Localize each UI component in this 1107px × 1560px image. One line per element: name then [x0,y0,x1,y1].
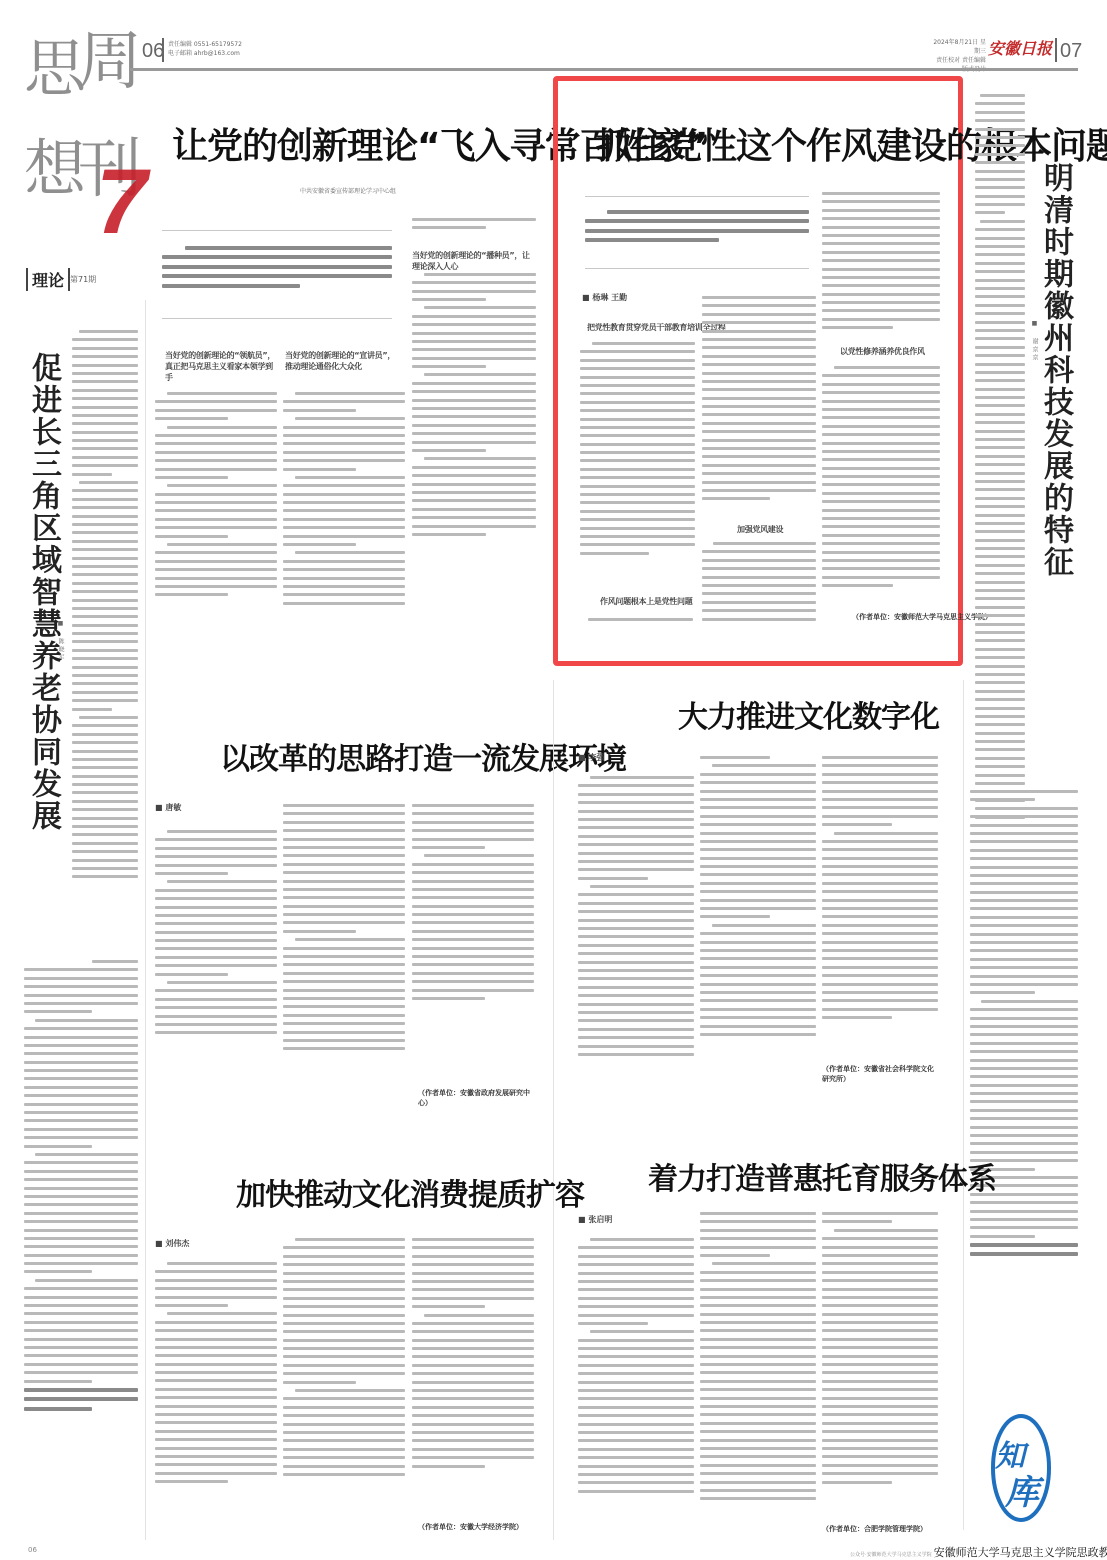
divider [1055,38,1057,62]
byline: ■ 张启明 [578,1214,612,1225]
body-column [72,330,138,884]
author-credit: （作者单位：合肥学院管理学院） [822,1524,942,1534]
author-credit: （作者单位：安徽省社会科学院文化研究所） [822,1064,938,1084]
logo-number: 7 [96,150,147,255]
body-column [155,1262,277,1489]
body-column [283,804,405,1056]
meta-line: 责任编辑 0551-65179572 [168,40,242,49]
body-column [578,776,694,1061]
source-caption: 公众号·安徽师范大学马克思主义学院安徽师范大学马克思主义学院思政教师党支部 [850,1544,1107,1560]
subhead: 当好党的创新理论的“领航员”，真正把马克思主义看家本领学到手 [165,350,275,383]
subhead: 当好党的创新理论的“宣讲员”，推动理论通俗化大众化 [285,350,395,372]
column-divider [145,300,146,1540]
body-column [702,296,816,506]
header-rule [130,68,1078,71]
svg-text:库: 库 [1004,1473,1045,1513]
author-credit: （作者单位：安徽大学经济学院） [418,1522,536,1532]
divider [162,318,392,319]
headline-bottom-right: 着力打造普惠托育服务体系 [648,1154,996,1198]
byline: ■ 陈晓军 [56,620,65,662]
body-column [412,1238,534,1473]
page-meta-left: 责任编辑 0551-65179572 电子邮箱 ahrb@163.com [168,40,242,58]
body-column [975,94,1025,841]
body-column [822,756,938,1025]
body-column [283,1238,405,1481]
divider [162,230,392,231]
logo-char: 周 [78,30,142,94]
divider [162,38,164,62]
headline-bottom-left: 加快推动文化消费提质扩容 [236,1170,584,1214]
byline: ■ 谢京京 [1030,320,1039,362]
body-column [24,960,138,1416]
byline: 中共安徽省委宣传部理论学习中心组 [300,186,396,195]
headline-featured[interactable]: 抓住党性这个作风建设的根本问题 [596,118,1107,169]
divider [585,268,809,269]
headline-left-vertical: 促进长三角区域智慧养老协同发展 [26,352,60,942]
subhead: 作风问题根本上是党性问题 [600,596,692,607]
lead-paragraph [585,210,809,248]
divider [585,196,809,197]
page-mark: 06 [28,1546,37,1554]
column-divider [553,680,554,1540]
body-column [412,218,536,541]
body-column [155,392,277,602]
body-column [700,756,816,1041]
body-column [283,392,405,610]
meta-line: 责任校对 责任编辑 版式设计 [932,56,986,74]
svg-text:知: 知 [995,1439,1030,1474]
zhiku-emblem-icon: 知 库 [985,1410,1055,1525]
author-credit: （作者单位：安徽师范大学马克思主义学院） [852,612,992,622]
body-column [588,618,693,626]
body-column [822,366,940,593]
body-column [700,1212,816,1506]
author-credit: （作者单位：安徽省政府发展研究中心） [418,1088,536,1108]
section-tag: 理论 [26,268,70,291]
caption-text: 安徽师范大学马克思主义学院思政教师党支部 [934,1546,1107,1559]
lead-paragraph [162,246,392,293]
body-column [702,542,816,626]
source-small: 公众号·安徽师范大学马克思主义学院 [850,1552,932,1558]
body-column [578,1238,694,1498]
body-column [822,192,940,335]
logo-char: 想 [24,138,86,200]
meta-line: 电子邮箱 ahrb@163.com [168,49,242,58]
body-column [155,830,277,1040]
page-number-right: 07 [1060,40,1082,63]
body-column [822,1212,938,1489]
zhiku-logo: 知 库 [985,1410,1055,1525]
column-divider [963,680,964,1530]
headline-middle-left: 以改革的思路打造一流发展环境 [220,734,626,778]
byline: ■ 杨琳 王勤 [582,292,627,303]
body-column [580,342,695,560]
meta-line: 2024年8月21日 星期三 [932,38,986,56]
body-column [412,804,534,1005]
byline: ■ 刘伟杰 [155,1238,189,1249]
byline: ■ 李强 [578,752,604,763]
subhead: 加强党风建设 [737,524,783,535]
headline-right-vertical: 明清时期徽州科技发展的特征 [1038,162,1072,732]
subhead: 以党性修养涵养优良作风 [840,346,925,357]
issue-label: 第71期 [70,274,96,285]
byline: ■ 唐敏 [155,802,181,813]
page-number-left: 06 [142,40,164,63]
masthead-logo: 思 周 想 刊 7 [24,30,134,260]
logo-char: 思 [24,38,86,100]
headline-middle-right: 大力推进文化数字化 [678,692,939,736]
newspaper-name: 安徽日报 [988,36,1052,59]
